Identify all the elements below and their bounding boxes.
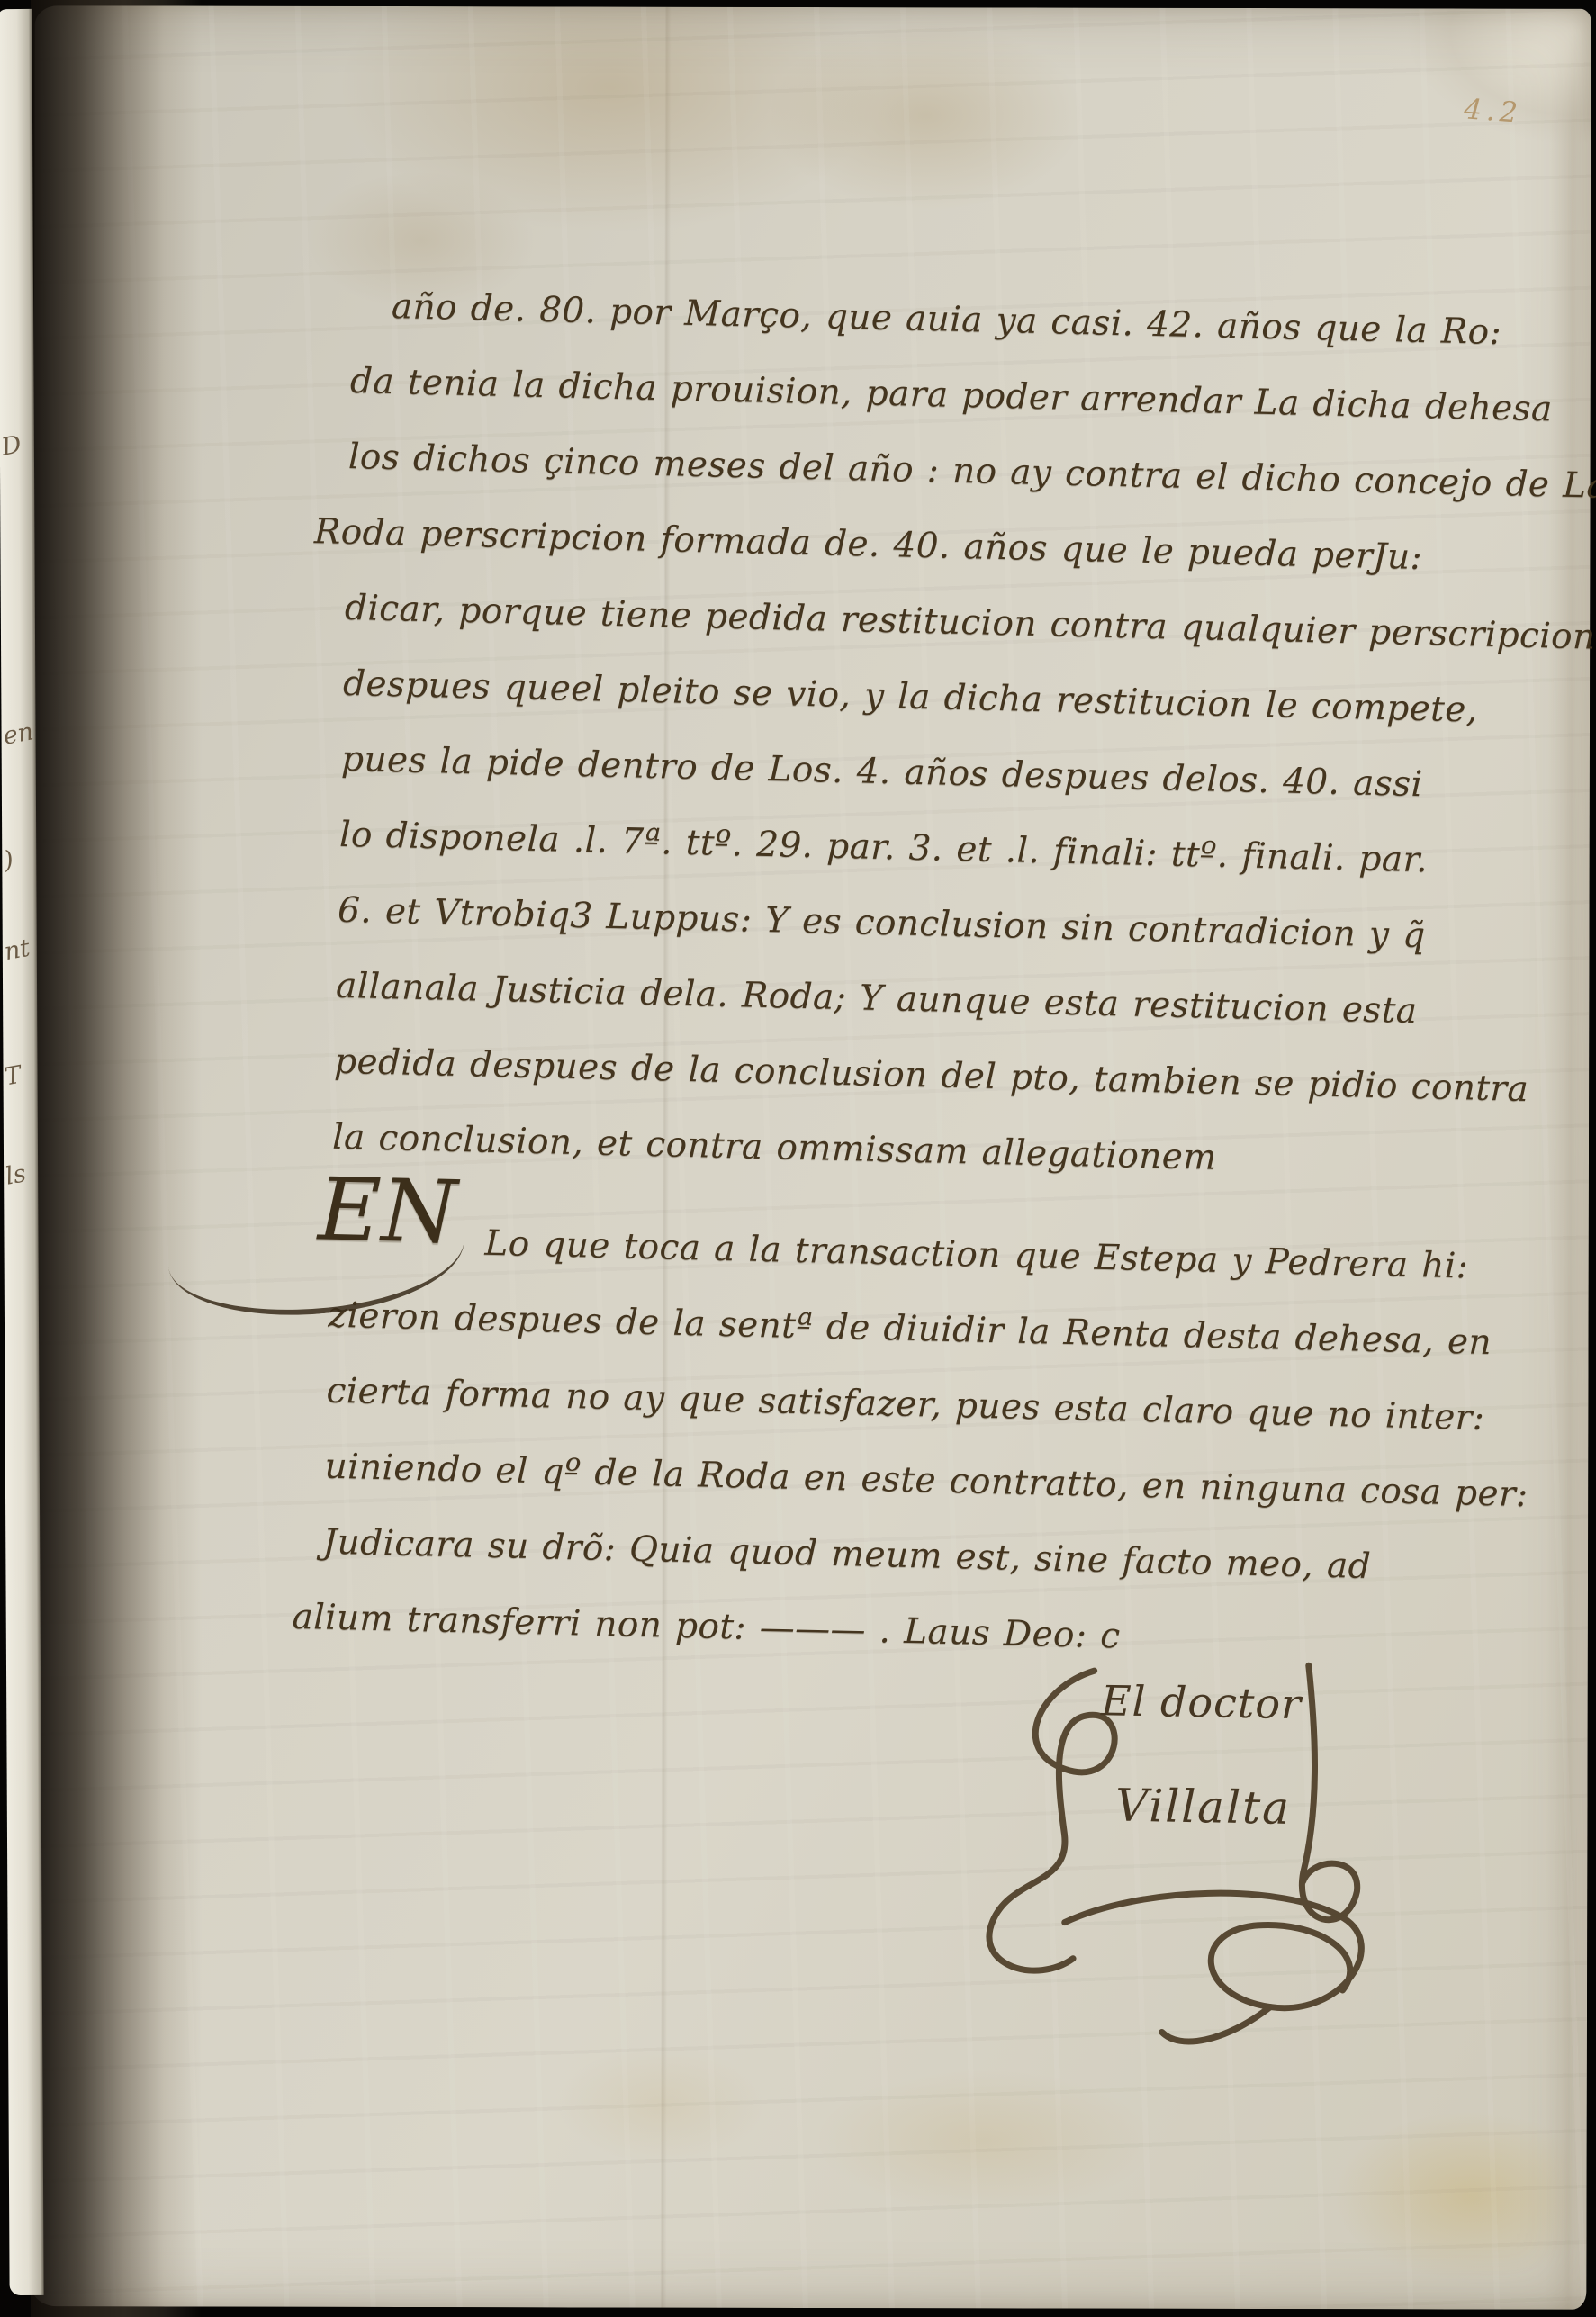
edge-text-fragment: D bbox=[0, 430, 23, 461]
signature-block: El doctor Villalta bbox=[952, 1648, 1428, 2070]
binding-gutter-shadow bbox=[31, 0, 202, 2317]
signature-name-line: Villalta bbox=[1115, 1780, 1292, 1835]
folio-number: 4.2 bbox=[1463, 93, 1523, 130]
manuscript-line-text: Lo que toca a la transaction que Estepa … bbox=[484, 1223, 1469, 1287]
manuscript-paragraph-1: año de. 80. por Março, que auia ya casi.… bbox=[331, 268, 1549, 1204]
manuscript-paragraph-2: EN Lo que toca a la transaction que Este… bbox=[320, 1203, 1528, 1684]
edge-text-fragment: en bbox=[1, 717, 35, 750]
edge-text-fragment: ls bbox=[4, 1159, 29, 1191]
edge-text-fragment: nt bbox=[2, 934, 32, 967]
signature-doctor-line: El doctor bbox=[1101, 1676, 1303, 1728]
edge-text-fragment: T bbox=[3, 1061, 23, 1092]
manuscript-text: año de. 80. por Março, que auia ya casi.… bbox=[320, 268, 1550, 1684]
edge-text-fragment: ) bbox=[2, 845, 16, 874]
manuscript-scan: 4.2 año de. 80. por Março, que auia ya c… bbox=[0, 0, 1596, 2317]
